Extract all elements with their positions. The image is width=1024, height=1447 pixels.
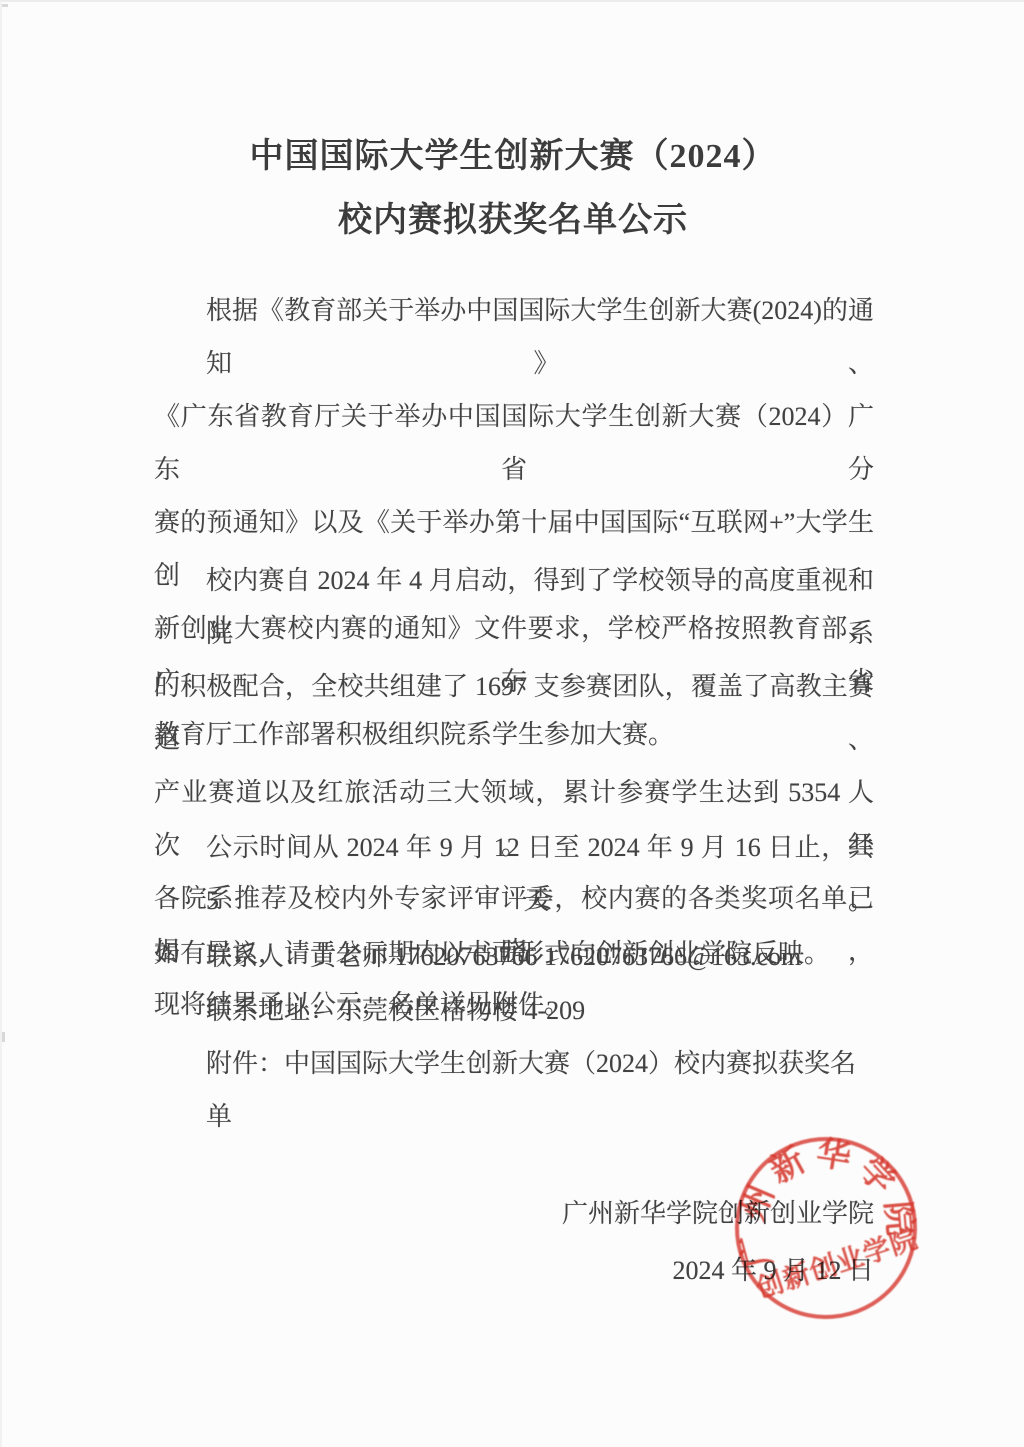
text-line: 公示时间从 2024 年 9 月 12 日至 2024 年 9 月 16 日止，…	[154, 821, 874, 927]
scanned-announcement-page: 中国国际大学生创新大赛（2024） 校内赛拟获奖名单公示 根据《教育部关于举办中…	[0, 0, 1024, 1447]
contact-address-line: 联系地址：东莞校区格物楼 4-209	[154, 984, 874, 1037]
text-line: 附件：中国国际大学生创新大赛（2024）校内赛拟获奖名单	[154, 1037, 874, 1143]
text-line: 根据《教育部关于举办中国国际大学生创新大赛(2024)的通知》、	[154, 284, 874, 390]
signature-organization: 广州新华学院创新创业学院	[154, 1187, 884, 1240]
text-line: 校内赛自 2024 年 4 月启动，得到了学校领导的高度重视和院系	[154, 554, 874, 660]
scan-artifact	[2, 1032, 5, 1042]
text-line: 《广东省教育厅关于举办中国国际大学生创新大赛（2024）广东省分	[154, 390, 874, 496]
contact-person-line: 联系人：黄老师 17620763766 17620763766@163.com	[154, 930, 874, 983]
attachment-line: 附件：中国国际大学生创新大赛（2024）校内赛拟获奖名单	[154, 1037, 874, 1143]
document-title-line2: 校内赛拟获奖名单公示	[2, 198, 1024, 244]
text-line: 联系人：黄老师 17620763766 17620763766@163.com	[154, 930, 874, 983]
text-line: 联系地址：东莞校区格物楼 4-209	[154, 984, 874, 1037]
document-title-line1: 中国国际大学生创新大赛（2024）	[2, 134, 1024, 180]
scan-artifact	[2, 4, 8, 7]
signature-date: 2024 年 9 月 12 日	[154, 1244, 874, 1297]
text-line: 的积极配合，全校共组建了 1697 支参赛团队，覆盖了高教主赛道、	[154, 660, 874, 766]
